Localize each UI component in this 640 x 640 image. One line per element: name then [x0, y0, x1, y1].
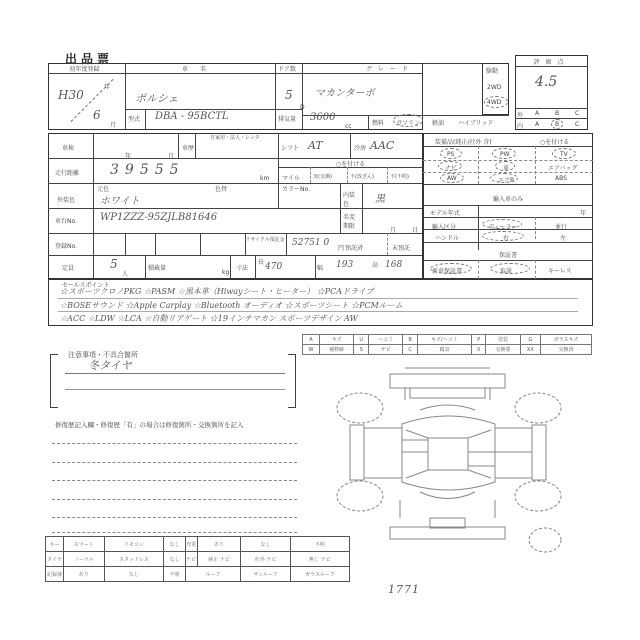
length-value: 470	[265, 262, 282, 272]
mileage-value: 39555	[110, 162, 185, 178]
doors-value: 5	[285, 88, 293, 102]
body-type-label: 車歴	[182, 143, 194, 152]
register-label: 登録No.	[55, 241, 77, 250]
doors-label: ドア数	[278, 64, 296, 73]
car-damage-diagram	[330, 360, 590, 600]
first-registration-label: 初年度登録	[52, 64, 117, 73]
shift-label: シフト	[281, 143, 299, 152]
color-value: ホワイト	[100, 192, 140, 207]
fuel-diesel: 軽油	[432, 118, 444, 127]
color-label: 外装色	[57, 195, 75, 204]
first-registration-year: H30	[58, 88, 84, 102]
equipment-label: 装備品(純正/社外 含)	[435, 137, 492, 146]
grade-value: マカンターボ	[315, 84, 375, 99]
sales-point-line-1: ☆スポーツクロノPKG ☆PASM ☆黒本革（Hiwayシート・ヒーター） ☆P…	[60, 286, 374, 297]
model-label: 型式	[128, 114, 140, 123]
chassis-label: 車台No.	[55, 216, 77, 225]
score-value: 4.5	[535, 74, 557, 90]
first-registration-month: 6	[93, 108, 101, 122]
interior-grade-circle	[551, 119, 563, 129]
recycle-value: 52751 0	[292, 238, 329, 248]
car-name-label: 車名	[125, 64, 275, 73]
car-name-value: ポルシェ	[135, 90, 179, 106]
model-value: DBA - 95BCTL	[155, 111, 229, 122]
fuel-gasoline-circle	[393, 114, 423, 127]
grade-label: グレード	[310, 64, 470, 73]
aircon-label: 冷房	[354, 143, 366, 152]
displacement-label: 排気量	[278, 114, 296, 123]
shift-value: AT	[308, 139, 323, 152]
notes-value: 冬タイヤ	[88, 357, 132, 373]
inspection-label: 車検	[62, 143, 74, 152]
aircon-value: AAC	[370, 139, 394, 152]
capacity-label: 定員	[62, 263, 74, 272]
fuel-label: 燃料	[372, 118, 384, 127]
score-label: 評価点	[515, 57, 588, 66]
drive-4wd-circle	[484, 96, 508, 108]
capacity-value: 5	[110, 257, 118, 271]
drive-2wd: 2WD	[487, 84, 501, 91]
sales-point-line-2: ☆BOSEサウンド ☆Apple Carplay ☆Bluetooth オーディ…	[60, 300, 403, 311]
width-value: 193	[336, 260, 353, 270]
interior-color-value: 黒	[375, 190, 385, 205]
fuel-hybrid: ハイブリッド	[458, 118, 493, 127]
displacement-value: 3600	[310, 112, 335, 123]
sales-point-line-3: ☆ACC ☆LDW ☆LCA ☆自動リアゲート ☆19インチマカン スポーツデザ…	[60, 313, 358, 324]
mileage-label: 走行距離	[55, 168, 79, 177]
notes-bracket	[50, 354, 296, 407]
chassis-value: WP1ZZZ-95ZJLB81646	[100, 212, 217, 223]
stamp-number: 1771	[388, 583, 420, 596]
height-value: 168	[385, 260, 402, 270]
repair-notes-label: 修復歴記入欄・修復歴「有」の場合は修復箇所・交換箇所を記入	[55, 420, 244, 429]
damage-legend: Aキズ Uヘコミ Bキズ/ヘコミ P塗装 Gガラスキズ W補修跡 Sサビ C腐食…	[302, 334, 592, 355]
drive-label: 駆動	[486, 66, 498, 75]
options-table: キー スマート リモコン なし 充電 あり なし 不明 タイヤ ノーマル スタッ…	[45, 536, 350, 582]
